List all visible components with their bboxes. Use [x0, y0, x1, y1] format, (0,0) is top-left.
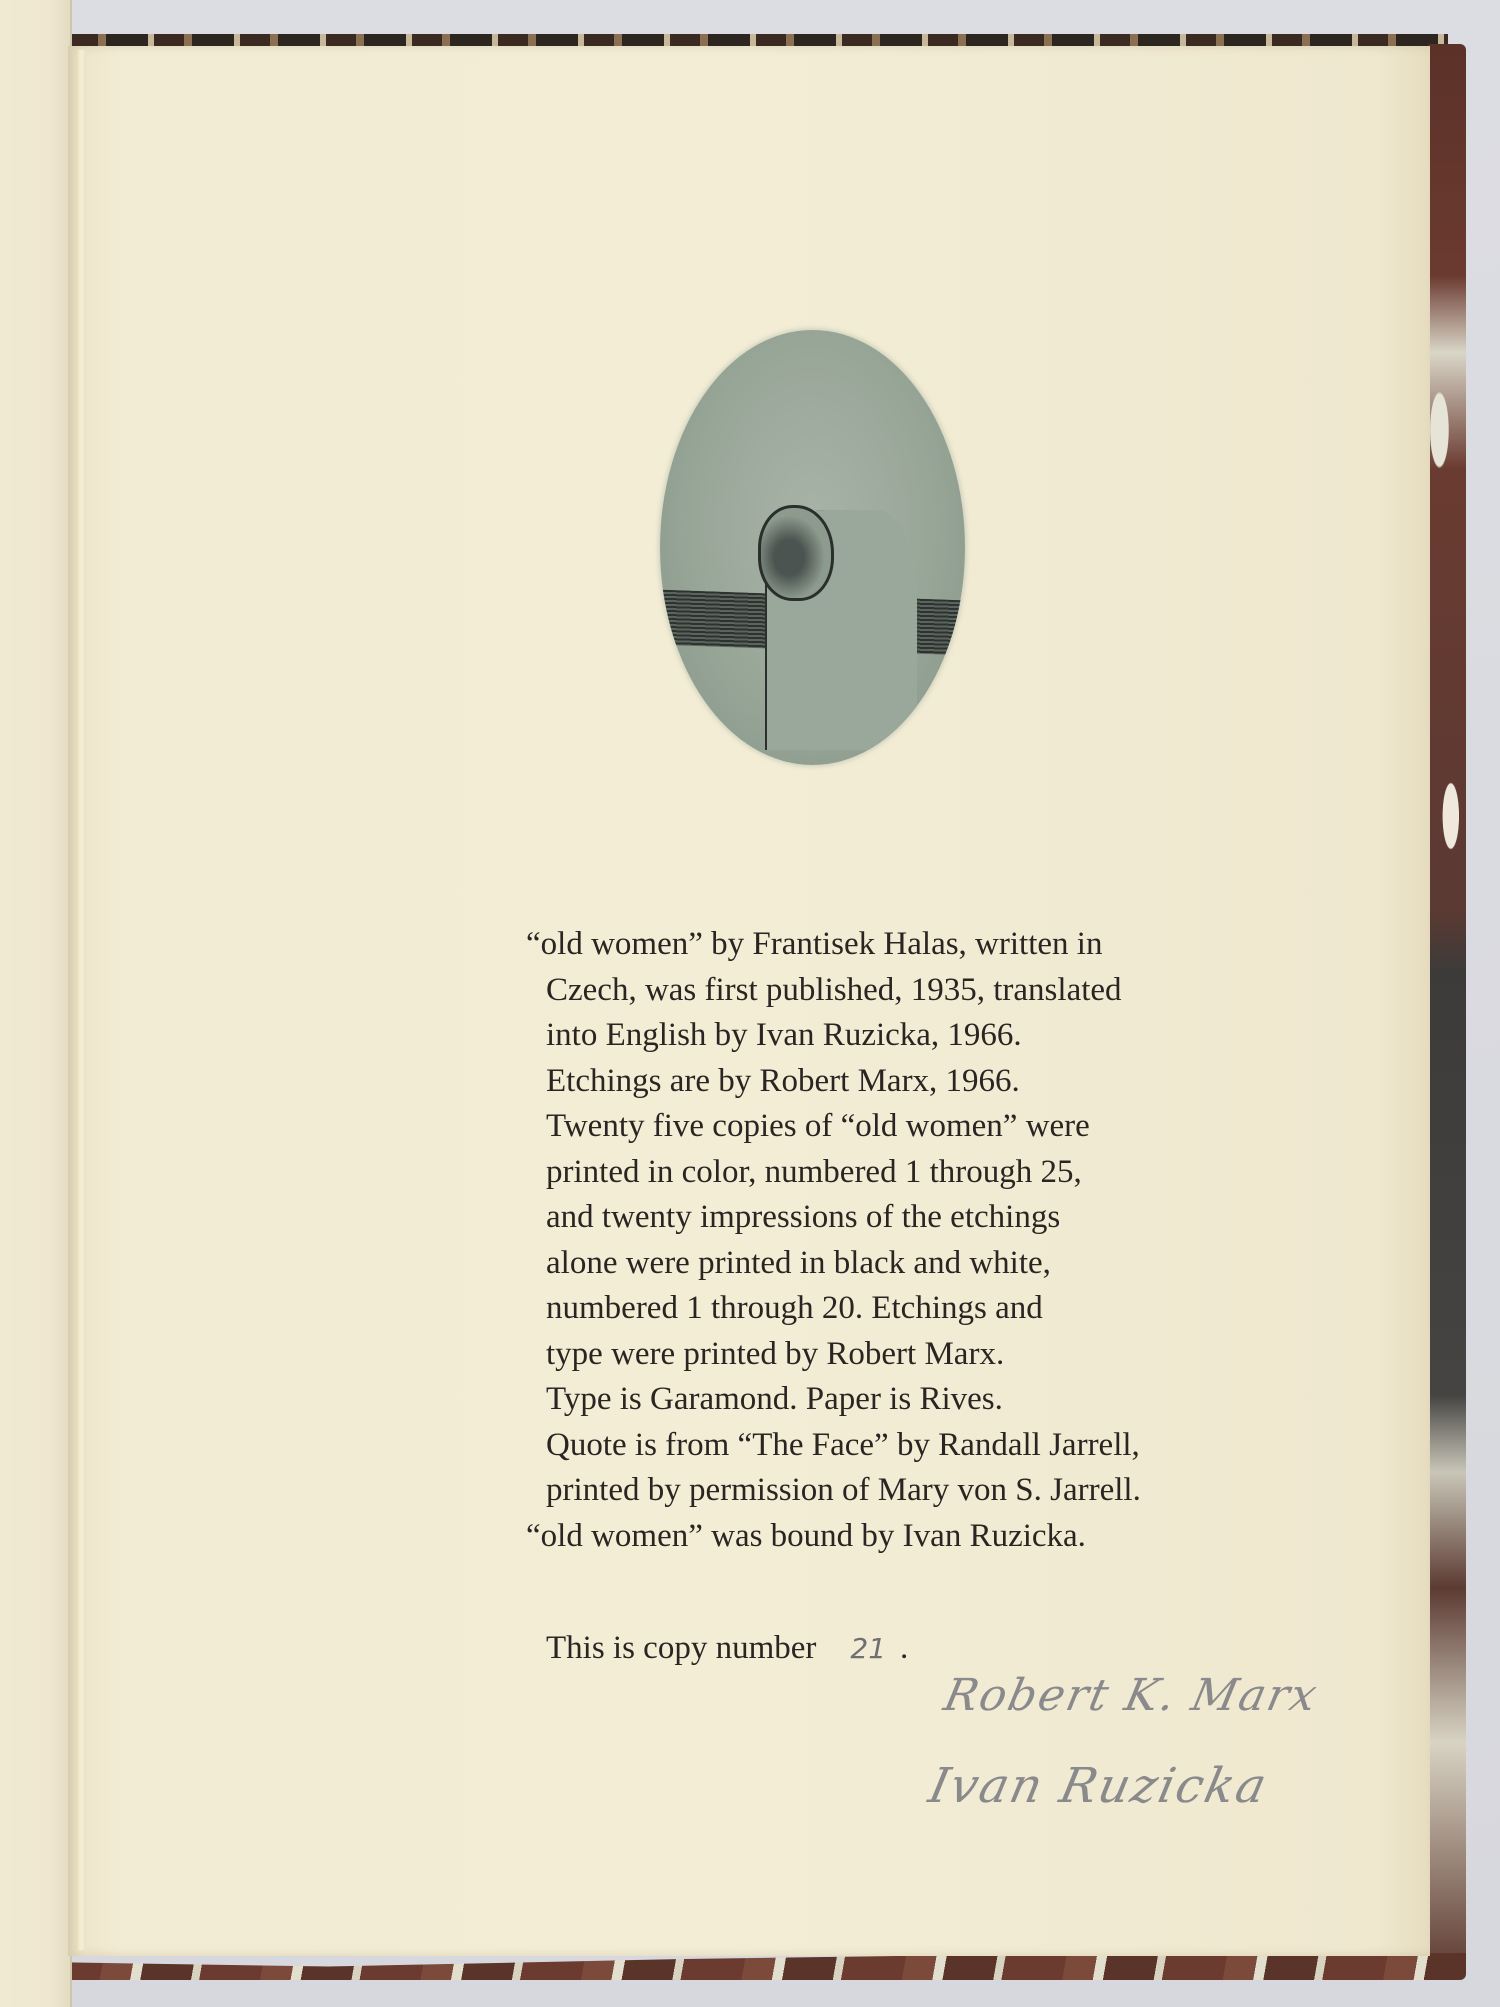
facing-left-page — [0, 0, 72, 2007]
colophon-line: Etchings are by Robert Marx, 1966. — [526, 1059, 1246, 1105]
colophon-line: and twenty impressions of the etchings — [526, 1195, 1246, 1241]
colophon-line: Czech, was first published, 1935, transl… — [526, 968, 1246, 1014]
signature-ivan-ruzicka: Ivan Ruzicka — [924, 1758, 1273, 1814]
copy-number-statement: This is copy number21. — [546, 1630, 908, 1667]
colophon-line: type were printed by Robert Marx. — [526, 1332, 1246, 1378]
etching-figure-head — [758, 505, 834, 601]
handwritten-copy-number: 21 — [850, 1632, 886, 1665]
colophon-line: numbered 1 through 20. Etchings and — [526, 1286, 1246, 1332]
colophon-line: Type is Garamond. Paper is Rives. — [526, 1377, 1246, 1423]
copy-number-label: This is copy number — [546, 1630, 816, 1666]
colophon-line: printed by permission of Mary von S. Jar… — [526, 1468, 1246, 1514]
marbled-board-right-edge — [1428, 44, 1466, 1974]
signature-robert-marx: Robert K. Marx — [940, 1670, 1323, 1721]
colophon-text: “old women” by Frantisek Halas, written … — [526, 922, 1246, 1559]
colophon-line: alone were printed in black and white, — [526, 1241, 1246, 1287]
colophon-line: Quote is from “The Face” by Randall Jarr… — [526, 1423, 1246, 1469]
page-gutter — [78, 50, 86, 1950]
colophon-line: into English by Ivan Ruzicka, 1966. — [526, 1013, 1246, 1059]
colophon-line: “old women” by Frantisek Halas, written … — [526, 922, 1246, 968]
copy-number-period: . — [900, 1630, 908, 1666]
etching-portrait-illustration — [660, 330, 965, 765]
colophon-line: “old women” was bound by Ivan Ruzicka. — [526, 1514, 1246, 1560]
colophon-line: printed in color, numbered 1 through 25, — [526, 1150, 1246, 1196]
colophon-line: Twenty five copies of “old women” were — [526, 1104, 1246, 1150]
